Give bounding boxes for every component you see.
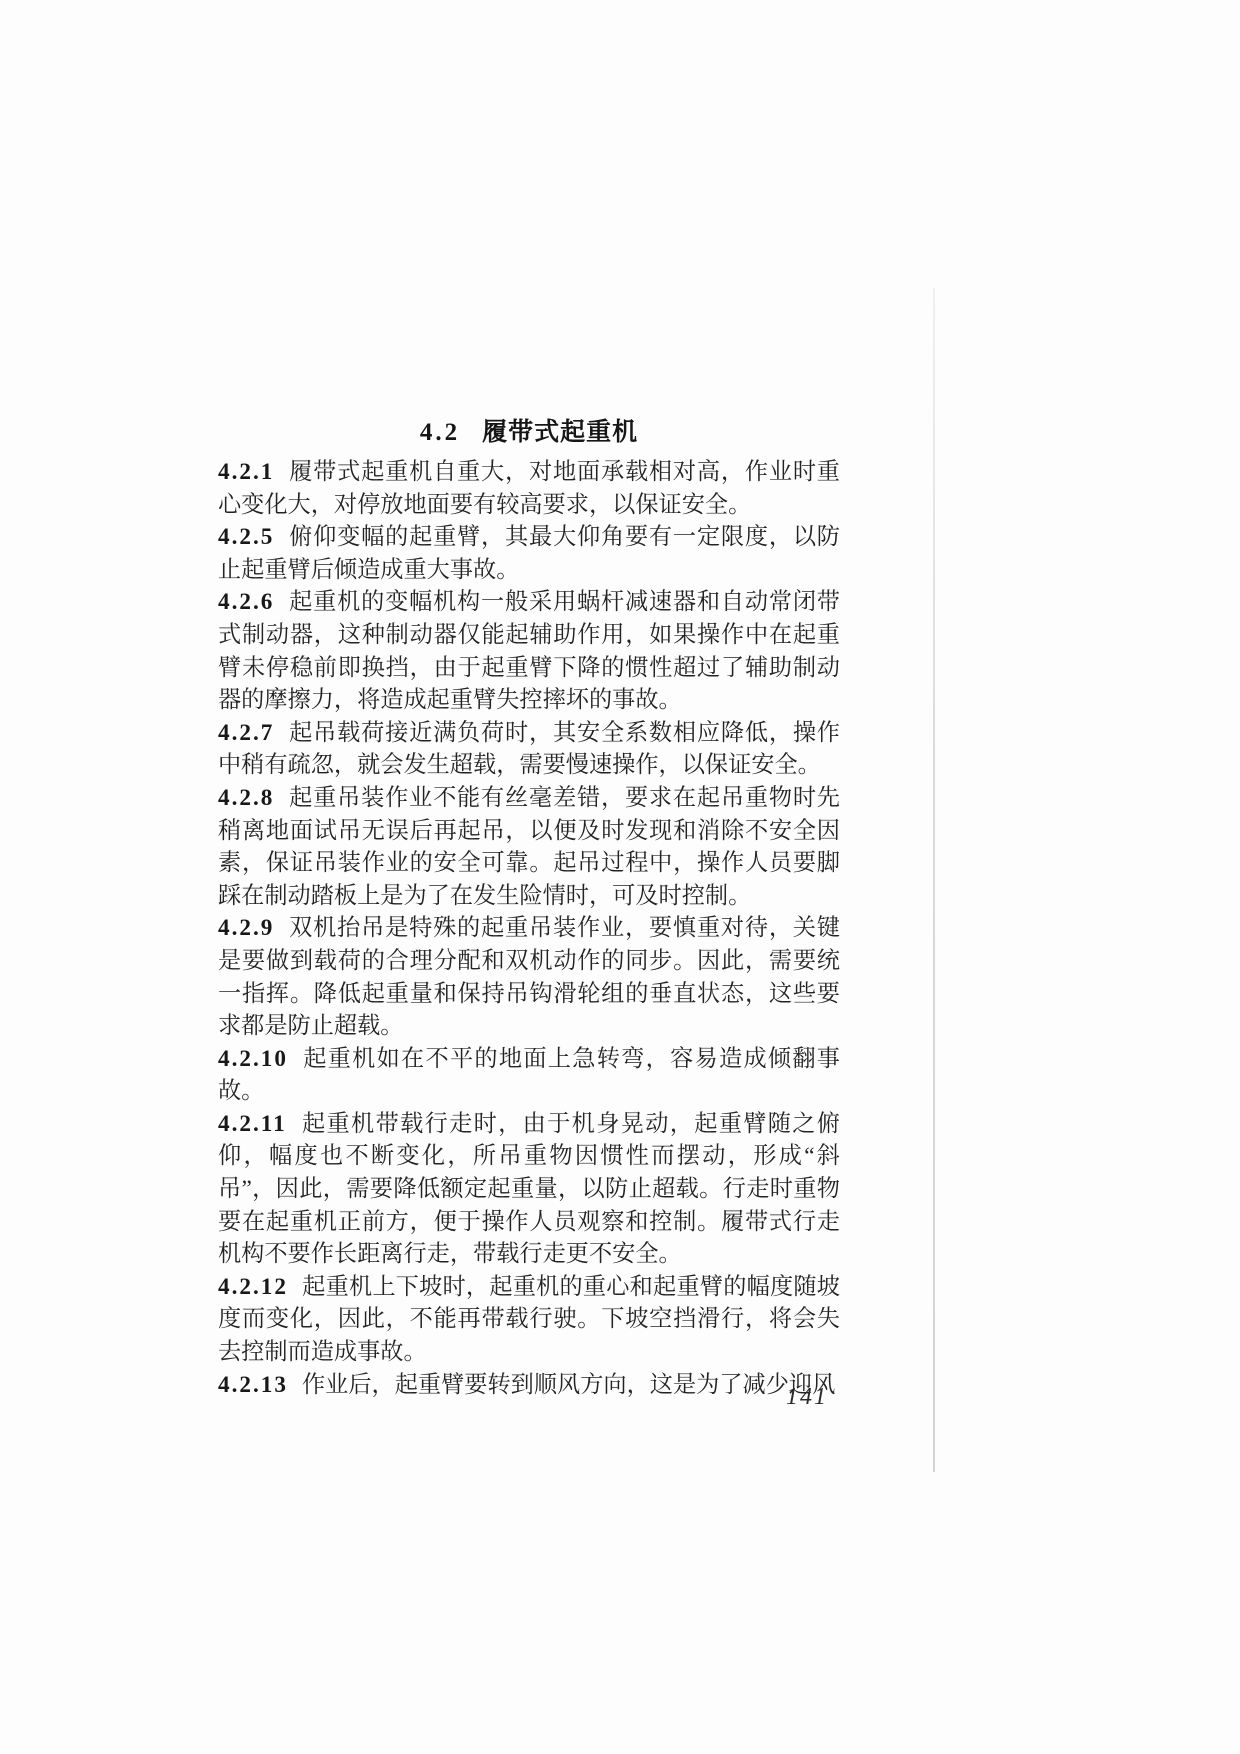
clause-number: 4.2.8 — [218, 785, 274, 811]
clause-text: 起重吊装作业不能有丝毫差错，要求在起吊重物时先稍离地面试吊无误后再起吊，以便及时… — [218, 785, 840, 909]
paragraph: 4.2.9双机抬吊是特殊的起重吊装作业，要慎重对待，关键是要做到载荷的合理分配和… — [218, 912, 840, 1042]
scanned-book-page: 4.2履带式起重机 4.2.1履带式起重机自重大，对地面承载相对高，作业时重心变… — [0, 0, 1240, 1754]
section-number: 4.2 — [420, 419, 460, 446]
clause-number: 4.2.7 — [218, 720, 274, 746]
clause-number: 4.2.11 — [218, 1111, 287, 1137]
paragraph: 4.2.12起重机上下坡时，起重机的重心和起重臂的幅度随坡度而变化，因此，不能再… — [218, 1271, 840, 1369]
clause-text: 双机抬吊是特殊的起重吊装作业，要慎重对待，关键是要做到载荷的合理分配和双机动作的… — [218, 915, 840, 1039]
clause-number: 4.2.1 — [218, 459, 274, 485]
paragraph: 4.2.5俯仰变幅的起重臂，其最大仰角要有一定限度，以防止起重臂后倾造成重大事故… — [218, 521, 840, 586]
clause-text: 起重机带载行走时，由于机身晃动，起重臂随之俯仰，幅度也不断变化，所吊重物因惯性而… — [218, 1111, 840, 1267]
section-title-text: 履带式起重机 — [482, 419, 638, 446]
clause-text: 起重机上下坡时，起重机的重心和起重臂的幅度随坡度而变化，因此，不能再带载行驶。下… — [218, 1274, 840, 1365]
paragraph: 4.2.11起重机带载行走时，由于机身晃动，起重臂随之俯仰，幅度也不断变化，所吊… — [218, 1108, 840, 1271]
clause-number: 4.2.10 — [218, 1046, 288, 1072]
clause-number: 4.2.12 — [218, 1274, 288, 1300]
body-text-block: 4.2.1履带式起重机自重大，对地面承载相对高，作业时重心变化大，对停放地面要有… — [218, 456, 840, 1401]
paragraph: 4.2.6起重机的变幅机构一般采用蜗杆减速器和自动常闭带式制动器，这种制动器仅能… — [218, 586, 840, 716]
clause-number: 4.2.5 — [218, 524, 274, 550]
clause-text: 俯仰变幅的起重臂，其最大仰角要有一定限度，以防止起重臂后倾造成重大事故。 — [218, 524, 840, 583]
scan-edge-line — [933, 288, 935, 1472]
clause-text: 起吊载荷接近满负荷时，其安全系数相应降低，操作中稍有疏忽，就会发生超载，需要慢速… — [218, 720, 840, 779]
clause-text: 起重机如在不平的地面上急转弯，容易造成倾翻事故。 — [218, 1046, 840, 1105]
clause-number: 4.2.9 — [218, 915, 274, 941]
paragraph: 4.2.1履带式起重机自重大，对地面承载相对高，作业时重心变化大，对停放地面要有… — [218, 456, 840, 521]
clause-text: 履带式起重机自重大，对地面承载相对高，作业时重心变化大，对停放地面要有较高要求，… — [218, 459, 840, 518]
paragraph: 4.2.10起重机如在不平的地面上急转弯，容易造成倾翻事故。 — [218, 1043, 840, 1108]
page-number: 141 — [218, 1384, 828, 1411]
clause-number: 4.2.6 — [218, 589, 274, 615]
clause-text: 起重机的变幅机构一般采用蜗杆减速器和自动常闭带式制动器，这种制动器仅能起辅助作用… — [218, 589, 840, 713]
paragraph: 4.2.7起吊载荷接近满负荷时，其安全系数相应降低，操作中稍有疏忽，就会发生超载… — [218, 717, 840, 782]
section-title: 4.2履带式起重机 — [218, 412, 840, 448]
paragraph: 4.2.8起重吊装作业不能有丝毫差错，要求在起吊重物时先稍离地面试吊无误后再起吊… — [218, 782, 840, 912]
